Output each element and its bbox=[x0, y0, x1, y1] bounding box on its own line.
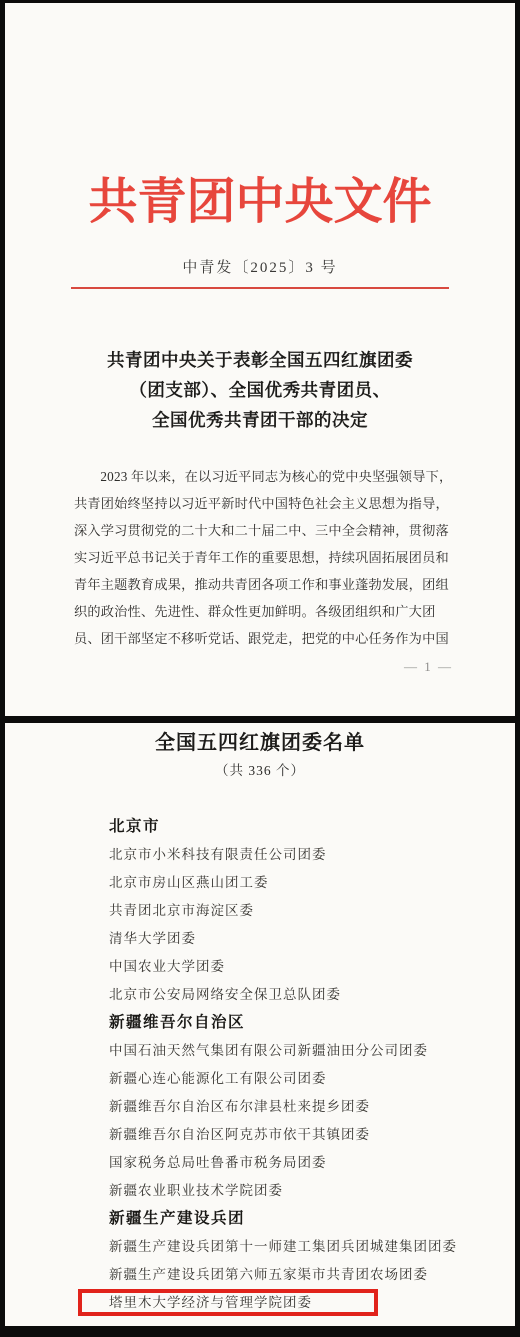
document-body: 2023 年以来，在以习近平同志为核心的党中央坚强领导下， 共青团始终坚持以习近… bbox=[74, 463, 455, 652]
body-text-line: 实习近平总书记关于青年工作的重要思想，持续巩固拓展团员和 bbox=[74, 544, 455, 571]
red-divider-rule bbox=[71, 287, 449, 289]
list-item: 国家税务总局吐鲁番市税务局团委 bbox=[109, 1149, 485, 1177]
list-item: 新疆生产建设兵团第十一师建工集团兵团城建集团团委 bbox=[109, 1233, 485, 1261]
list-item: 新疆生产建设兵团第六师五家渠市共青团农场团委 bbox=[109, 1261, 485, 1289]
list-item: 中国农业大学团委 bbox=[109, 953, 485, 981]
document-title-line: 共青团中央关于表彰全国五四红旗团委 bbox=[5, 345, 515, 375]
list-item: 新疆维吾尔自治区阿克苏市依干其镇团委 bbox=[109, 1121, 485, 1149]
document-page-2: 全国五四红旗团委名单 （共 336 个） 北京市 北京市小米科技有限责任公司团委… bbox=[5, 723, 515, 1326]
list-item: 共青团北京市海淀区委 bbox=[109, 897, 485, 925]
document-page-1: 共青团中央文件 中青发〔2025〕3 号 共青团中央关于表彰全国五四红旗团委 （… bbox=[5, 3, 515, 716]
document-title-line: 全国优秀共青团干部的决定 bbox=[5, 405, 515, 435]
section-header-beijing: 北京市 bbox=[109, 813, 485, 841]
page-number: — 1 — bbox=[5, 658, 515, 676]
body-text-line: 共青团始终坚持以习近平新时代中国特色社会主义思想为指导， bbox=[74, 490, 455, 517]
list-title: 全国五四红旗团委名单 bbox=[5, 729, 515, 757]
document-number: 中青发〔2025〕3 号 bbox=[5, 259, 515, 277]
body-text-line: 深入学习贯彻党的二十大和二十届二中、三中全会精神，贯彻落 bbox=[74, 517, 455, 544]
body-text-line: 2023 年以来，在以习近平同志为核心的党中央坚强领导下， bbox=[74, 463, 455, 490]
highlighted-item-text: 塔里木大学经济与管理学院团委 bbox=[109, 1295, 312, 1310]
list-item: 中国石油天然气集团有限公司新疆油田分公司团委 bbox=[109, 1037, 485, 1065]
list-count-subtitle: （共 336 个） bbox=[5, 761, 515, 781]
document-title: 共青团中央关于表彰全国五四红旗团委 （团支部）、全国优秀共青团员、 全国优秀共青… bbox=[5, 345, 515, 435]
list-item-highlighted: 塔里木大学经济与管理学院团委 bbox=[109, 1289, 485, 1317]
list-item: 新疆维吾尔自治区布尔津县杜来提乡团委 bbox=[109, 1093, 485, 1121]
document-masthead: 共青团中央文件 bbox=[5, 173, 515, 231]
body-text-line: 织的政治性、先进性、群众性更加鲜明。各级团组织和广大团 bbox=[74, 598, 455, 625]
section-header-bingtuan: 新疆生产建设兵团 bbox=[109, 1205, 485, 1233]
list-item: 北京市房山区燕山团工委 bbox=[109, 869, 485, 897]
document-title-line: （团支部）、全国优秀共青团员、 bbox=[5, 375, 515, 405]
list-item: 北京市小米科技有限责任公司团委 bbox=[109, 841, 485, 869]
list-item: 北京市公安局网络安全保卫总队团委 bbox=[109, 981, 485, 1009]
award-list: 北京市 北京市小米科技有限责任公司团委 北京市房山区燕山团工委 共青团北京市海淀… bbox=[5, 813, 515, 1317]
scanned-document: 共青团中央文件 中青发〔2025〕3 号 共青团中央关于表彰全国五四红旗团委 （… bbox=[0, 0, 520, 1337]
list-item: 新疆农业职业技术学院团委 bbox=[109, 1177, 485, 1205]
body-text-line: 青年主题教育成果，推动共青团各项工作和事业蓬勃发展，团组 bbox=[74, 571, 455, 598]
section-header-xinjiang: 新疆维吾尔自治区 bbox=[109, 1009, 485, 1037]
list-item: 清华大学团委 bbox=[109, 925, 485, 953]
body-text-line: 员、团干部坚定不移听党话、跟党走，把党的中心任务作为中国 bbox=[74, 625, 455, 652]
list-item: 新疆心连心能源化工有限公司团委 bbox=[109, 1065, 485, 1093]
